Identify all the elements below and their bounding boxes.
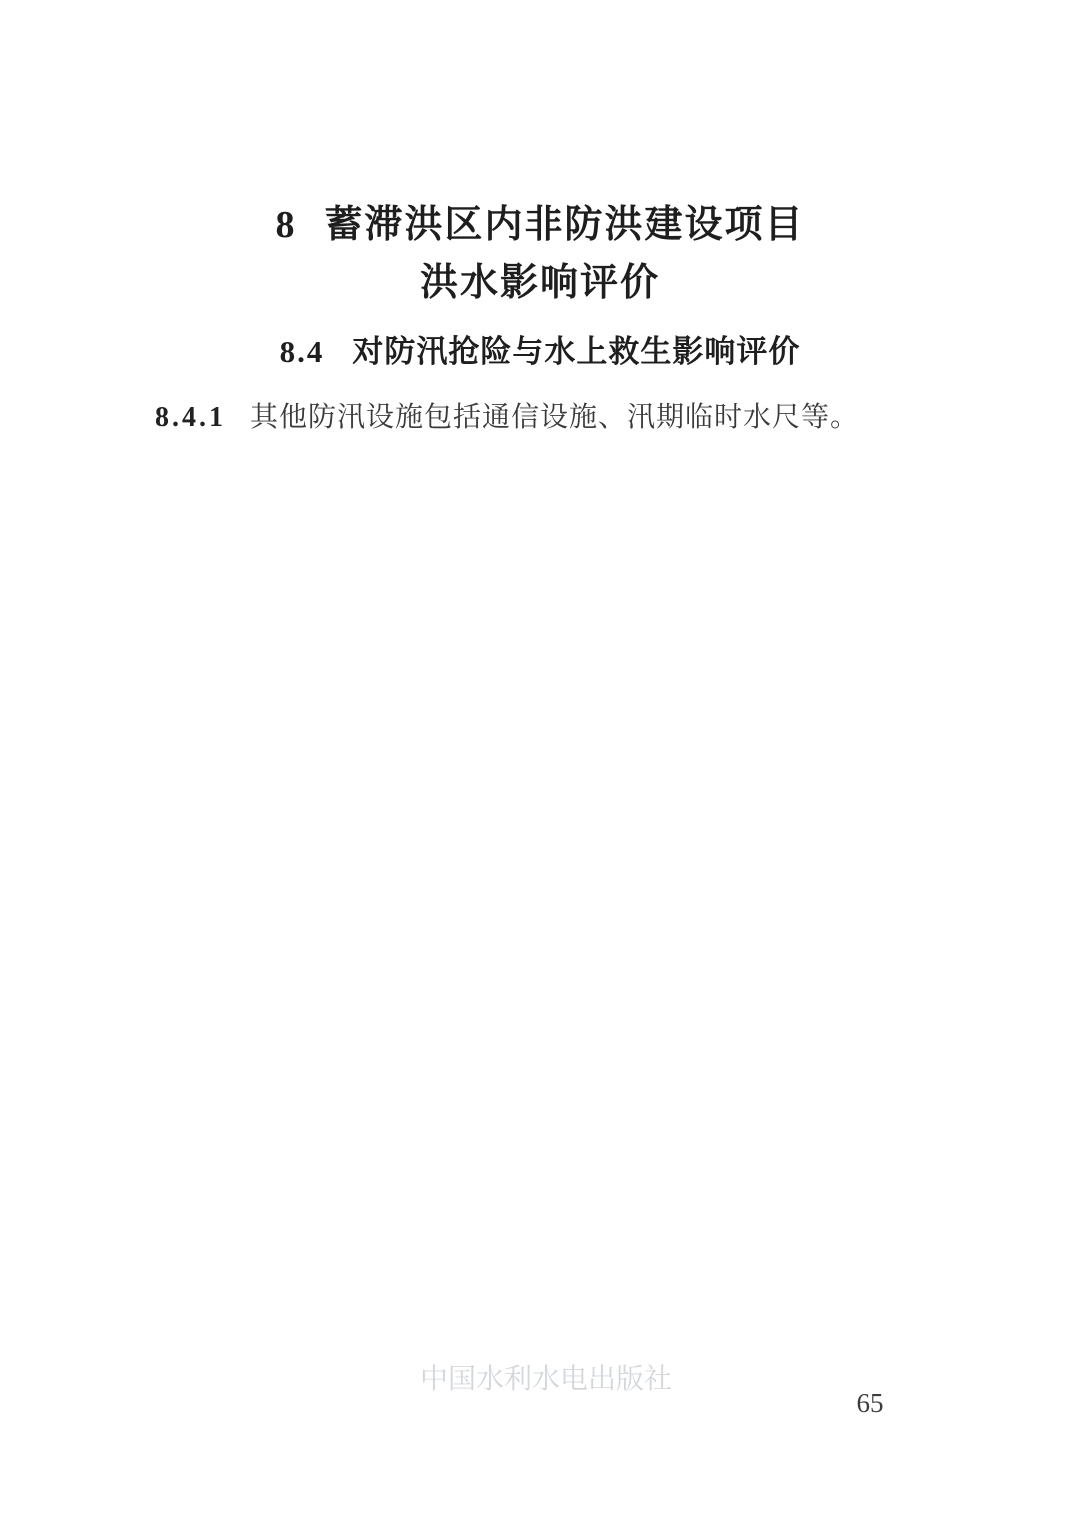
page-number: 65 — [840, 1388, 900, 1418]
clause-paragraph: 8.4.1其他防汛设施包括通信设施、汛期临时水尺等。 — [155, 398, 960, 438]
section-number: 8.4 — [280, 331, 325, 373]
chapter-number: 8 — [275, 196, 294, 254]
section-title: 对防汛抢险与水上救生影响评价 — [352, 334, 800, 369]
chapter-title-line2: 洪水影响评价 — [0, 254, 1080, 312]
chapter-title: 8蓄滞洪区内非防洪建设项目 洪水影响评价 — [0, 196, 1080, 312]
clause-text: 其他防汛设施包括通信设施、汛期临时水尺等。 — [250, 402, 859, 433]
clause-number: 8.4.1 — [155, 402, 226, 433]
chapter-title-line1: 8蓄滞洪区内非防洪建设项目 — [0, 196, 1080, 254]
document-page: 8蓄滞洪区内非防洪建设项目 洪水影响评价 8.4对防汛抢险与水上救生影响评价 8… — [0, 0, 1080, 1527]
section-heading: 8.4对防汛抢险与水上救生影响评价 — [0, 331, 1080, 373]
publisher-watermark: 中国水利水电出版社 — [420, 1364, 672, 1396]
chapter-title-line1-text: 蓄滞洪区内非防洪建设项目 — [324, 204, 804, 246]
